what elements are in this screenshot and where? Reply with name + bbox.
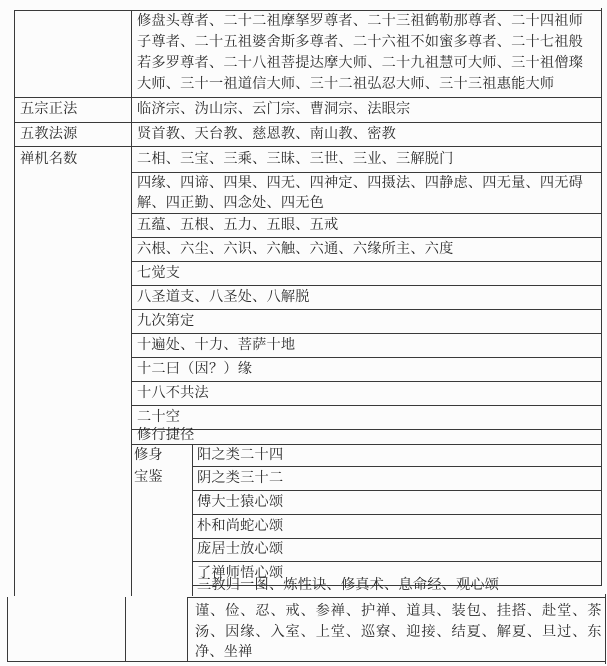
subgroup-item: 阳之类二十四 xyxy=(197,445,283,466)
subgroup-label: 修身 xyxy=(134,445,163,466)
chan-term-item: 修行捷径 xyxy=(137,425,195,446)
row-divider xyxy=(192,490,602,491)
subgroup-divider-lower xyxy=(187,597,188,661)
chan-term-item: 十八不共法 xyxy=(137,383,209,404)
row-divider xyxy=(131,405,602,406)
chan-term-item: 六根、六尘、六识、六触、六通、六缘所主、六度 xyxy=(137,239,454,260)
subgroup-item: 朴和尚蛇心颂 xyxy=(197,516,283,537)
row-divider xyxy=(187,597,606,598)
row-divider xyxy=(131,357,602,358)
chan-terms-category: 禅机名数 xyxy=(20,149,78,170)
monastic-rules-line: 谨、俭、忍、戒、参禅、护禅、道具、装包、挂搭、赴堂、茶 xyxy=(195,601,602,622)
chan-term-item: 四缘、四谛、四果、四无、四神定、四摄法、四静虑、四无量、四无碍 xyxy=(137,173,583,194)
subgroup-item: 傅大士猿心颂 xyxy=(197,492,283,513)
table-border-right xyxy=(601,8,602,586)
subgroup-label: 宝鉴 xyxy=(134,467,163,488)
five-teachings-content: 贤首教、天台教、慈恩教、南山教、密教 xyxy=(137,124,396,145)
chan-term-item: 十二曰（因？）缘 xyxy=(137,359,252,380)
lineage-line: 若多罗尊者、二十八祖菩提达摩大师、二十九祖慧可大师、三十祖僧璨 xyxy=(137,53,583,74)
five-schools-category: 五宗正法 xyxy=(20,99,78,120)
row-divider xyxy=(131,237,602,238)
chan-term-item: 五蕴、五根、五力、五眼、五戒 xyxy=(137,215,338,236)
monastic-rules-line: 净、坐禅 xyxy=(195,642,253,663)
five-schools-content: 临济宗、沩山宗、云门宗、曹洞宗、法眼宗 xyxy=(137,99,410,120)
row-divider xyxy=(192,466,602,467)
row-divider xyxy=(131,261,602,262)
row-divider xyxy=(14,146,602,147)
lineage-line: 大师、三十一祖道信大师、三十二祖弘忍大师、三十三祖惠能大师 xyxy=(137,74,554,95)
document-page: 修盘头尊者、二十二祖摩拏罗尊者、二十三祖鹤勒那尊者、二十四祖师 子尊者、二十五祖… xyxy=(0,0,607,666)
lineage-line: 修盘头尊者、二十二祖摩拏罗尊者、二十三祖鹤勒那尊者、二十四祖师 xyxy=(137,11,583,32)
lineage-line: 子尊者、二十五祖婆舍斯多尊者、二十六祖不如蜜多尊者、二十七祖般 xyxy=(137,32,583,53)
table-border-left-lower xyxy=(7,597,8,661)
chan-term-item: 二相、三宝、三乘、三昧、三世、三业、三解脱门 xyxy=(137,149,454,170)
chan-term-item: 七觉支 xyxy=(137,263,180,284)
chan-term-item: 十遍处、十力、菩萨十地 xyxy=(137,335,295,356)
row-divider xyxy=(192,561,602,562)
table-border-bottom xyxy=(7,661,606,662)
subgroup-item: 三教归一图、炼性诀、修真术、息命经、观心颂 xyxy=(197,575,499,596)
five-teachings-category: 五教法源 xyxy=(20,124,78,145)
subgroup-item: 阴之类三十二 xyxy=(197,468,283,489)
row-divider xyxy=(131,333,602,334)
chan-term-item: 解、四正勤、四念处、四无色 xyxy=(137,193,324,214)
row-divider xyxy=(192,514,602,515)
row-divider xyxy=(131,381,602,382)
chan-term-item: 九次第定 xyxy=(137,311,195,332)
row-divider xyxy=(131,285,602,286)
row-divider xyxy=(131,429,602,430)
table-border-right-lower xyxy=(605,594,606,664)
column-divider-lower xyxy=(125,597,126,661)
row-divider xyxy=(14,97,602,98)
row-divider xyxy=(131,309,602,310)
chan-term-item: 八圣道支、八圣处、八解脱 xyxy=(137,287,310,308)
monastic-rules-line: 汤、因缘、入室、上堂、巡寮、迎接、结夏、解夏、旦过、东 xyxy=(195,622,602,643)
row-divider xyxy=(14,122,602,123)
subgroup-item: 庞居士放心颂 xyxy=(197,539,283,560)
